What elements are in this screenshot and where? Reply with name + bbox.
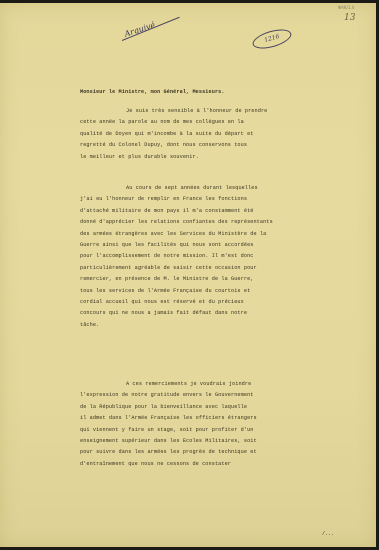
text-line: il admet dans l'Armée Française les offi… [80, 413, 340, 424]
archive-stamp: 1216 [251, 26, 294, 52]
text-line: regretté du Colonel Dupuy, dont nous con… [80, 140, 340, 151]
text-line: d'entraînement que nous ne cessons de co… [80, 459, 340, 470]
archive-reference: ΦΑΚ/1.4 [338, 5, 354, 10]
text-line: le meilleur et plus durable souvenir. [80, 152, 340, 163]
handwritten-note: Arquivé [123, 20, 156, 38]
paragraph-2: Au cours de sept années durant lesquelle… [80, 183, 340, 331]
text-line: particulièrement agréable de saisir cett… [80, 263, 340, 274]
text-line: tous les services de l'Armée Française d… [80, 286, 340, 297]
text-line: Guerre ainsi que les facilités qui nous … [80, 240, 340, 251]
text-line: d'attaché militaire de mon pays il m'a c… [80, 206, 340, 217]
stamp-number: 1216 [264, 33, 281, 44]
letter-salutation: Monsieur le Ministre, mon Général, Messi… [80, 87, 340, 98]
text-line: qui viennent y faire un stage, soit pour… [80, 425, 340, 436]
text-line: qualité de Doyen qui m'incombe à la suit… [80, 129, 340, 140]
document-page: ΦΑΚ/1.4 13 Arquivé 1216 Monsieur le Mini… [0, 3, 376, 547]
text-line: de la République pour la bienveillance a… [80, 402, 340, 413]
paragraph-3: A ces remerciements je voudrais joindre … [80, 379, 340, 470]
text-line: enseignement supérieur dans les Ecoles M… [80, 436, 340, 447]
text-line: pour suivre dans les armées les progrès … [80, 447, 340, 458]
text-line: remercier, en présence de M. le Ministre… [80, 274, 340, 285]
text-line: cordial accueil qui nous est réservé et … [80, 297, 340, 308]
page-number-handwritten: 13 [344, 13, 355, 23]
text-line: concours qui ne nous a jamais fait défau… [80, 308, 340, 319]
text-line: tâche. [80, 320, 340, 331]
text-line: l'expression de notre gratitude envers l… [80, 390, 340, 401]
continuation-mark: /... [322, 531, 334, 537]
text-line: cette année la parole au nom de mes coll… [80, 117, 340, 128]
paragraph-1: Je suis très sensible à l'honneur de pre… [80, 106, 340, 163]
text-line: Je suis très sensible à l'honneur de pre… [80, 106, 340, 117]
text-line: des armées étrangères avec les Services … [80, 229, 340, 240]
text-line: donné d'apprécier les relations confiant… [80, 217, 340, 228]
text-line: Au cours de sept années durant lesquelle… [80, 183, 340, 194]
text-line: A ces remerciements je voudrais joindre [80, 379, 340, 390]
text-line: j'ai eu l'honneur de remplir en France l… [80, 194, 340, 205]
text-line: pour l'accomplissement de notre mission.… [80, 251, 340, 262]
